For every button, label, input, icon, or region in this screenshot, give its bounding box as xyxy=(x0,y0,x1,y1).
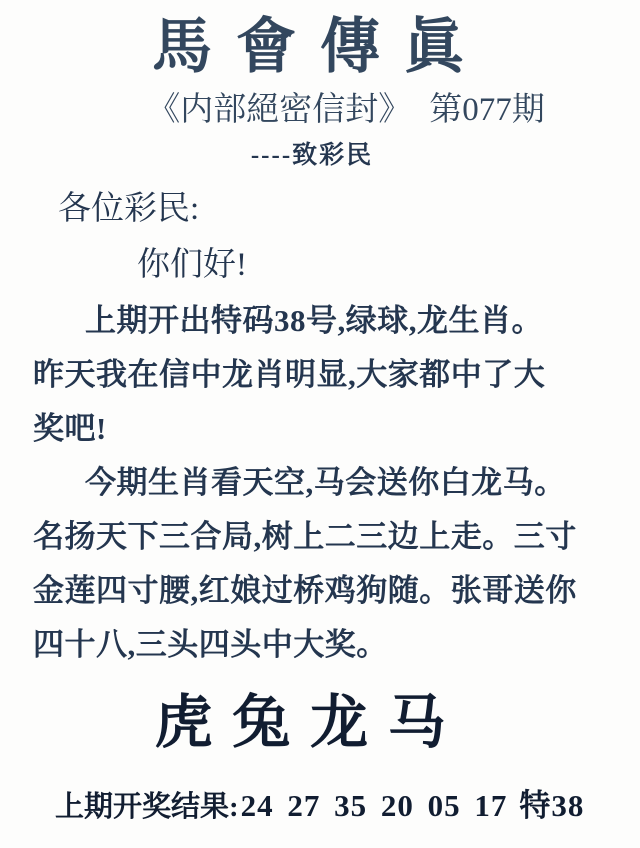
body-line: 上期开出特码38号,绿球,龙生肖。 xyxy=(33,294,620,348)
issue-number: 第077期 xyxy=(429,92,545,128)
page-title: 馬會傳眞 xyxy=(0,0,640,84)
greeting: 你们好! xyxy=(137,244,640,286)
body-line: 今期生肖看天空,马会送你白龙马。 xyxy=(33,456,620,510)
body-line: 昨天我在信中龙肖明显,大家都中了大 xyxy=(33,348,620,402)
body-line: 名扬天下三合局,树上二三边上走。三寸 xyxy=(33,510,620,564)
subtitle: 《内部絕密信封》第077期 xyxy=(26,88,640,132)
results-special-number: 特38 xyxy=(519,788,584,823)
results-numbers: 24 27 35 20 05 17 xyxy=(241,788,508,823)
previous-results-line: 上期开奖结果:24 27 35 20 05 17特38 xyxy=(55,786,640,827)
body-line: 奖吧! xyxy=(33,402,620,456)
fax-page: 馬會傳眞 《内部絕密信封》第077期 ----致彩民 各位彩民: 你们好! 上期… xyxy=(0,0,640,848)
zodiac-tip: 虎兔龙马 xyxy=(0,688,630,758)
letter-body: 上期开出特码38号,绿球,龙生肖。 昨天我在信中龙肖明显,大家都中了大 奖吧! … xyxy=(33,294,620,672)
body-line: 四十八,三头四头中大奖。 xyxy=(33,618,620,672)
dedication: ----致彩民 xyxy=(0,140,632,172)
salutation: 各位彩民: xyxy=(58,188,640,230)
results-label: 上期开奖结果: xyxy=(55,791,239,823)
fax-header: 馬會傳眞 《内部絕密信封》第077期 ----致彩民 xyxy=(0,0,640,172)
body-line: 金莲四寸腰,红娘过桥鸡狗随。张哥送你 xyxy=(33,564,620,618)
envelope-name: 《内部絕密信封》 xyxy=(147,92,411,128)
